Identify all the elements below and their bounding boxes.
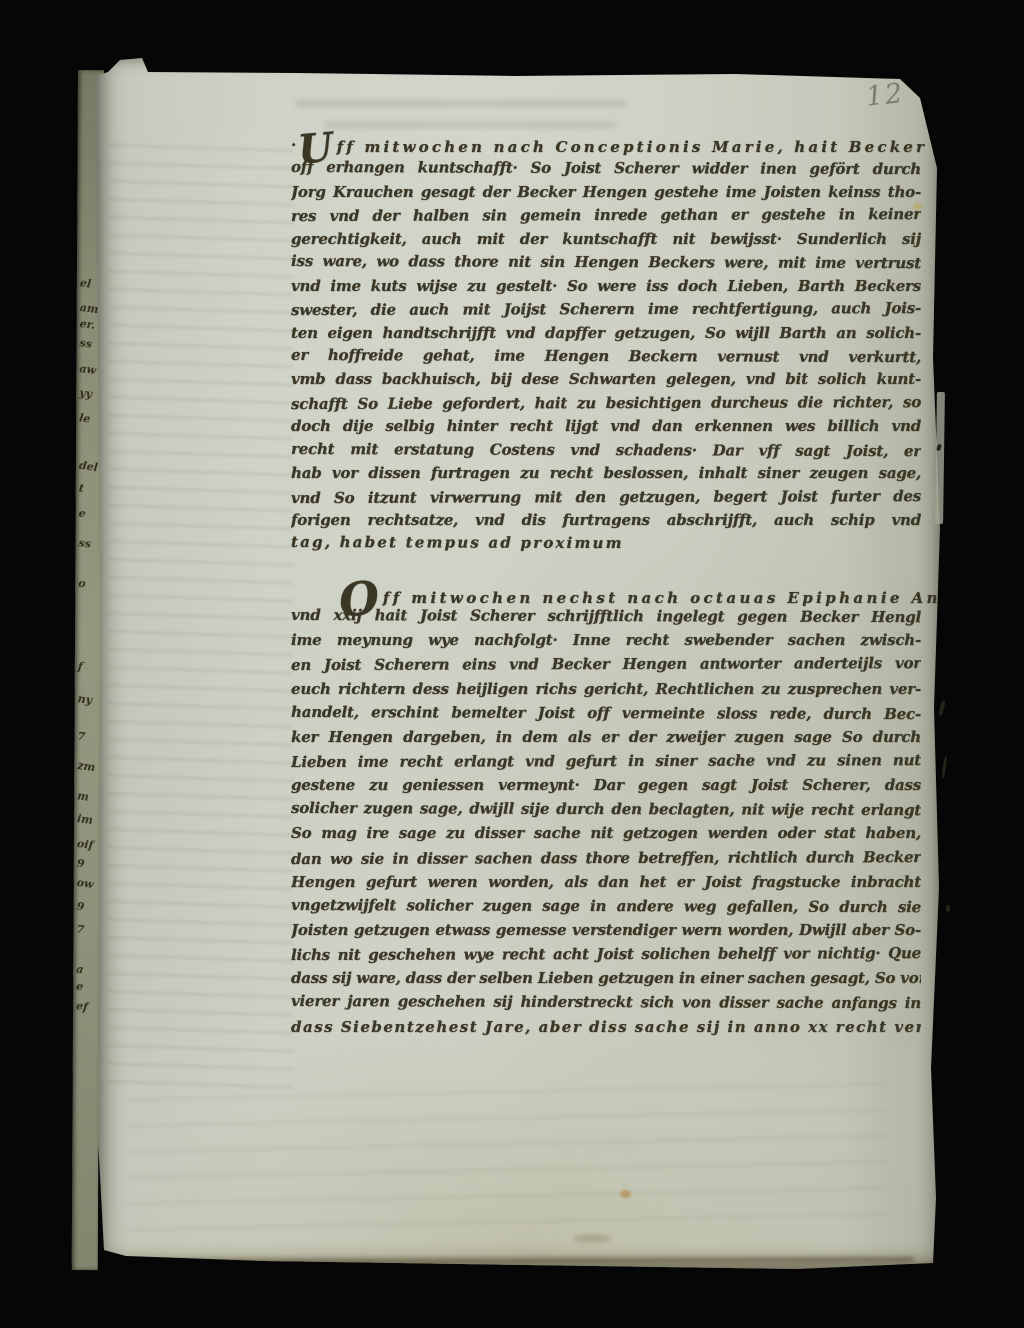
superscript-abbreviation: t <box>1014 586 1018 597</box>
manuscript-line: Jorg Krauchen gesagt der Becker Hengen g… <box>291 181 921 204</box>
manuscript-line: dan wo sie in disser sachen dass thore b… <box>291 845 921 871</box>
edge-ink-mark <box>941 756 947 778</box>
margin-ink-fragment: 7 <box>76 923 85 937</box>
margin-ink-fragment: m <box>76 789 89 803</box>
manuscript-line: vngetzwijfelt solicher zugen sage in and… <box>291 893 921 919</box>
margin-ink-fragment: ss <box>79 336 93 350</box>
margin-ink-fragment: 7 <box>77 730 86 744</box>
record-entry-2-lines: vnd xxij hait Joist Scherer schrijfftlic… <box>291 604 921 1039</box>
manuscript-line: doch dije selbig hinter recht lijgt vnd … <box>291 415 921 438</box>
manuscript-line: Lieben ime recht erlangt vnd gefurt in s… <box>291 748 921 774</box>
manuscript-line: off erhangen kuntschafft· So Joist Scher… <box>291 156 921 182</box>
manuscript-line: tag, habet tempus ad proximum <box>291 531 921 557</box>
show-through-top <box>296 100 626 107</box>
margin-ink-fragment: er. <box>79 317 96 332</box>
margin-ink-fragment: t <box>78 482 85 496</box>
manuscript-line: er hoffreide gehat, ime Hengen Beckern v… <box>291 344 921 370</box>
margin-ink-fragment: 9 <box>76 900 85 914</box>
manuscript-line: swester, die auch mit Joijst Scherern im… <box>291 297 921 322</box>
edge-ink-mark <box>938 700 946 716</box>
manuscript-line: vierer jaren geschehen sij hinderstreckt… <box>291 989 921 1015</box>
record-entry-1: ·Uff mitwochen nach Conceptionis Marie, … <box>291 134 921 556</box>
show-through-top <box>324 122 616 128</box>
margin-ink-fragment: oif <box>76 837 94 852</box>
margin-ink-fragment: yy <box>79 386 93 401</box>
manuscript-line: hab vor dissen furtragen zu recht beslos… <box>291 462 921 485</box>
manuscript-line: Joisten getzugen etwass gemesse verstend… <box>291 918 921 942</box>
manuscript-line: dass Siebentzehest Jare, aber diss sache… <box>291 1015 921 1039</box>
show-through-left-margin <box>108 138 294 1098</box>
manuscript-line: recht mit erstatung Costens vnd schadens… <box>291 438 921 464</box>
paragraph-mark: · <box>291 136 296 154</box>
edge-ink-mark <box>946 905 950 912</box>
paper-stain <box>913 203 922 210</box>
margin-ink-fragment: e <box>75 980 84 994</box>
manuscript-line: schafft So Liebe gefordert, hait zu besi… <box>291 391 921 416</box>
margin-ink-fragment: ef <box>75 999 88 1013</box>
margin-ink-fragment: ow <box>76 876 94 891</box>
bottom-edge-stain <box>96 1242 942 1276</box>
manuscript-line: solicher zugen sage, dwijll sije durch d… <box>291 796 921 822</box>
manuscript-line: iss ware, wo dass thore nit sin Hengen B… <box>291 250 921 276</box>
manuscript-line: dass sij ware, dass der selben Lieben ge… <box>291 966 921 990</box>
manuscript-page: 12 ·Uff mitwochen nach Conceptionis Mari… <box>96 58 942 1276</box>
record-entry-2: Off mitwochen nechst nach octauas Epipha… <box>291 580 921 1039</box>
margin-ink-fragment: e <box>78 507 87 521</box>
manuscript-line: Off mitwochen nechst nach octauas Epipha… <box>291 580 921 604</box>
margin-ink-fragment: zm <box>77 759 96 774</box>
manuscript-line: vmb dass backhuisch, bij dese Schwarten … <box>291 368 921 391</box>
photograph-black-mount: elamer.ssawyyledeltessofny7zmmimoif9ow97… <box>0 0 1024 1328</box>
manuscript-line: handelt, erschint bemelter Joist off ver… <box>291 700 921 726</box>
manuscript-line: vnd xxij hait Joist Scherer schrijfftlic… <box>291 603 921 629</box>
margin-ink-fragment: aw <box>79 362 97 377</box>
manuscript-line: gestene zu geniessen vermeynt· Dar gegen… <box>291 773 921 797</box>
margin-ink-fragment: f <box>77 660 83 673</box>
margin-ink-fragment: le <box>78 411 91 425</box>
margin-ink-fragment: ss <box>78 536 92 550</box>
margin-ink-fragment: am <box>79 301 99 316</box>
margin-ink-fragment: el <box>79 276 92 290</box>
paper-stain <box>620 1190 631 1198</box>
manuscript-line: ten eigen handtschrijfft vnd dapffer get… <box>291 322 921 345</box>
manuscript-line: ·Uff mitwochen nach Conceptionis Marie, … <box>291 134 921 157</box>
manuscript-line: vnd ime kuts wijse zu gestelt· So were i… <box>291 275 921 298</box>
margin-ink-fragment: 9 <box>76 857 85 871</box>
manuscript-line: gerechtigkeit, auch mit der kuntschafft … <box>291 228 921 251</box>
underlying-page-edge <box>935 392 945 524</box>
margin-ink-fragment: o <box>78 577 87 591</box>
manuscript-line: Hengen gefurt weren worden, als dan het … <box>291 870 921 894</box>
manuscript-line: euch richtern dess heijligen richs geric… <box>291 677 921 701</box>
manuscript-line-text: ff mitwochen nach Conceptionis Marie, ha… <box>337 138 1003 156</box>
margin-ink-fragment: a <box>75 963 84 977</box>
record-entry-1-lines: off erhangen kuntschafft· So Joist Scher… <box>291 157 921 555</box>
manuscript-line: ker Hengen dargeben, in dem als er der z… <box>291 725 921 749</box>
folio-number: 12 <box>864 78 906 113</box>
manuscript-line: forigen rechtsatze, vnd dis furtragens a… <box>291 509 921 532</box>
manuscript-line: res vnd der halben sin gemein inrede get… <box>291 203 921 228</box>
margin-ink-fragment: ny <box>77 692 93 707</box>
margin-ink-fragment: del <box>78 459 98 474</box>
margin-ink-fragment: im <box>76 812 93 827</box>
manuscript-line: So mag ire sage zu disser sache nit getz… <box>291 821 921 845</box>
manuscript-line: en Joist Scherern eins vnd Becker Hengen… <box>291 651 921 677</box>
show-through-bottom <box>126 1078 886 1238</box>
manuscript-line: ime meynung wye nachfolgt· Inne recht sw… <box>291 628 921 652</box>
manuscript-line: vnd So itzunt virwerrung mit den getzuge… <box>291 485 921 510</box>
initial-letter: U <box>298 143 333 156</box>
manuscript-line: lichs nit geschehen wye recht acht Joist… <box>291 941 921 967</box>
